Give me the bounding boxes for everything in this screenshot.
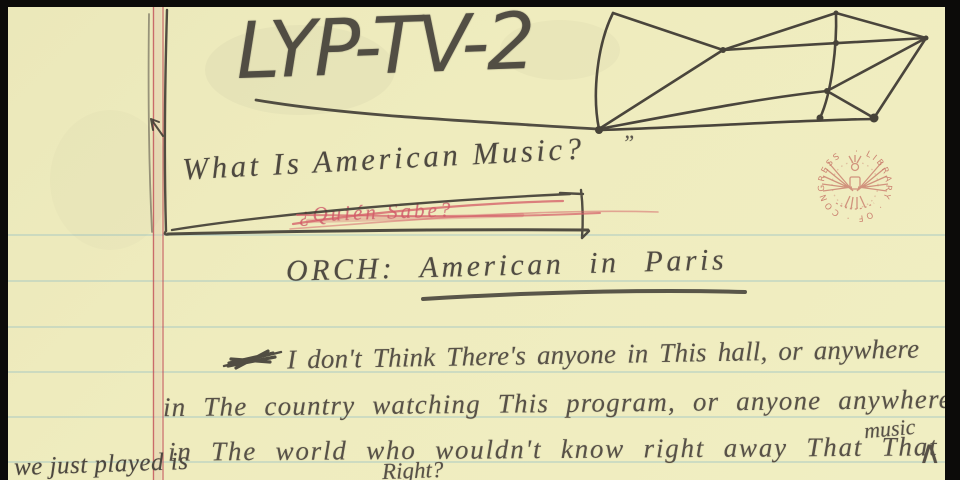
bottom-margin-note: we just played is: [14, 449, 189, 480]
inserted-word: music: [863, 416, 916, 442]
page: · LIBRARY · OF · CONGRESS LYP-TV-2 What …: [0, 0, 960, 480]
scan-edge-right: [945, 0, 960, 480]
show-code-title: LYP-TV-2: [235, 3, 534, 91]
scan-edge-left: [0, 0, 8, 480]
crossed-out-note: ¿Quién Sabe?: [299, 199, 454, 225]
tick-mark: ”: [622, 132, 634, 154]
question-below: Right?: [382, 458, 444, 480]
caret-mark: ∧: [918, 436, 941, 468]
orch-cue-label: ORCH:: [286, 252, 396, 288]
body-line-3: in The world who wouldn't know right awa…: [168, 433, 939, 465]
scan-edge-top: [0, 0, 960, 7]
